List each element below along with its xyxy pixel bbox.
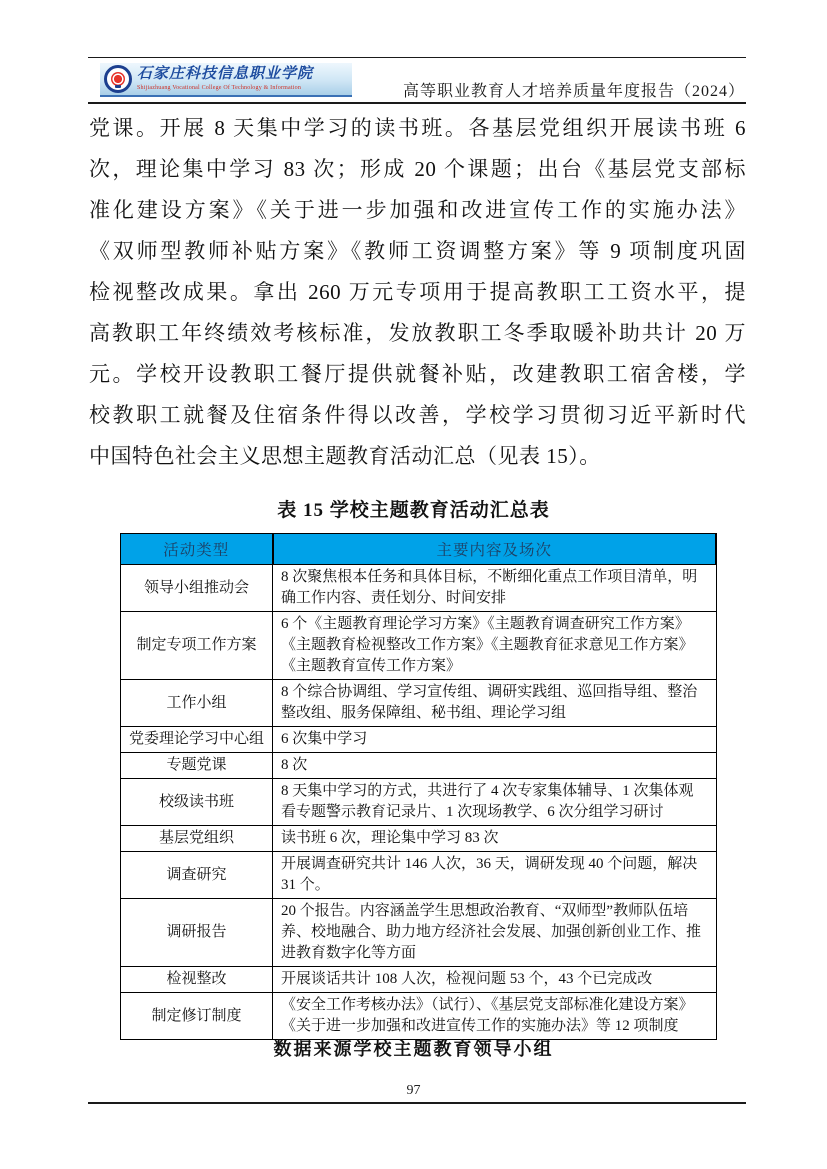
report-title: 高等职业教育人才培养质量年度报告（2024） [403, 78, 745, 101]
activity-content-cell: 8 天集中学习的方式，共进行了 4 次专家集体辅导、1 次集体观看专题警示教育记… [273, 779, 717, 826]
activity-table-wrap: 活动类型 主要内容及场次 领导小组推动会8 次聚焦根本任务和具体目标，不断细化重… [120, 533, 717, 1040]
header-bottom-rule [88, 102, 746, 104]
column-header-activity-type: 活动类型 [121, 534, 273, 565]
activity-type-cell: 基层党组织 [121, 826, 273, 852]
table-row: 专题党课8 次 [121, 753, 717, 779]
activity-type-cell: 党委理论学习中心组 [121, 727, 273, 753]
school-name: 石家庄科技信息职业学院 [137, 67, 313, 82]
activity-type-cell: 制定修订制度 [121, 993, 273, 1040]
school-logo: 石家庄科技信息职业学院 Shijiazhuang Vocational Coll… [100, 63, 352, 97]
activity-content-cell: 开展谈话共计 108 人次，检视问题 53 个，43 个已完成改 [273, 967, 717, 993]
activity-type-cell: 制定专项工作方案 [121, 612, 273, 680]
table-row: 党委理论学习中心组6 次集中学习 [121, 727, 717, 753]
activity-type-cell: 检视整改 [121, 967, 273, 993]
activity-content-cell: 6 次集中学习 [273, 727, 717, 753]
table-row: 领导小组推动会8 次聚焦根本任务和具体目标，不断细化重点工作项目清单，明确工作内… [121, 565, 717, 612]
column-header-main-content: 主要内容及场次 [273, 534, 717, 565]
activity-table: 活动类型 主要内容及场次 领导小组推动会8 次聚焦根本任务和具体目标，不断细化重… [120, 533, 717, 1040]
activity-content-cell: 8 次聚焦根本任务和具体目标，不断细化重点工作项目清单，明确工作内容、责任划分、… [273, 565, 717, 612]
body-paragraph: 党课。开展 8 天集中学习的读书班。各基层党组织开展读书班 6次，理论集中学习 … [89, 108, 746, 477]
activity-content-cell: 读书班 6 次，理论集中学习 83 次 [273, 826, 717, 852]
table-row: 调研报告20 个报告。内容涵盖学生思想政治教育、“双师型”教师队伍培养、校地融合… [121, 899, 717, 967]
activity-content-cell: 开展调查研究共计 146 人次，36 天，调研发现 40 个问题，解决 31 个… [273, 852, 717, 899]
activity-type-cell: 专题党课 [121, 753, 273, 779]
table-header-row: 活动类型 主要内容及场次 [121, 534, 717, 565]
document-page: 石家庄科技信息职业学院 Shijiazhuang Vocational Coll… [0, 0, 827, 1169]
table-row: 制定专项工作方案6 个《主题教育理论学习方案》《主题教育调查研究工作方案》《主题… [121, 612, 717, 680]
activity-content-cell: 8 个综合协调组、学习宣传组、调研实践组、巡回指导组、整治整改组、服务保障组、秘… [273, 680, 717, 727]
activity-type-cell: 调研报告 [121, 899, 273, 967]
footer-rule [88, 1102, 746, 1104]
body-line: 检视整改成果。拿出 260 万元专项用于提高教职工工资水平，提 [89, 272, 746, 313]
header-top-rule [88, 57, 746, 58]
body-line: 中国特色社会主义思想主题教育活动汇总（见表 15）。 [89, 436, 746, 477]
body-line: 党课。开展 8 天集中学习的读书班。各基层党组织开展读书班 6 [89, 108, 746, 149]
school-name-english: Shijiazhuang Vocational College Of Techn… [137, 85, 313, 91]
data-source-note: 数据来源学校主题教育领导小组 [0, 1035, 827, 1061]
activity-type-cell: 调查研究 [121, 852, 273, 899]
body-line: 次，理论集中学习 83 次；形成 20 个课题；出台《基层党支部标 [89, 149, 746, 190]
activity-content-cell: 20 个报告。内容涵盖学生思想政治教育、“双师型”教师队伍培养、校地融合、助力地… [273, 899, 717, 967]
page-number: 97 [0, 1083, 827, 1099]
body-line: 高教职工年终绩效考核标准，发放教职工冬季取暖补助共计 20 万 [89, 313, 746, 354]
table-row: 检视整改开展谈话共计 108 人次，检视问题 53 个，43 个已完成改 [121, 967, 717, 993]
activity-table-body: 领导小组推动会8 次聚焦根本任务和具体目标，不断细化重点工作项目清单，明确工作内… [121, 565, 717, 1040]
activity-content-cell: 8 次 [273, 753, 717, 779]
table-row: 基层党组织读书班 6 次，理论集中学习 83 次 [121, 826, 717, 852]
table-row: 调查研究开展调查研究共计 146 人次，36 天，调研发现 40 个问题，解决 … [121, 852, 717, 899]
table-row: 校级读书班8 天集中学习的方式，共进行了 4 次专家集体辅导、1 次集体观看专题… [121, 779, 717, 826]
body-line: 元。学校开设教职工餐厅提供就餐补贴，改建教职工宿舍楼，学 [89, 354, 746, 395]
activity-type-cell: 校级读书班 [121, 779, 273, 826]
activity-content-cell: 6 个《主题教育理论学习方案》《主题教育调查研究工作方案》《主题教育检视整改工作… [273, 612, 717, 680]
body-line: 校教职工就餐及住宿条件得以改善，学校学习贯彻习近平新时代 [89, 395, 746, 436]
activity-type-cell: 领导小组推动会 [121, 565, 273, 612]
table-row: 工作小组8 个综合协调组、学习宣传组、调研实践组、巡回指导组、整治整改组、服务保… [121, 680, 717, 727]
table-row: 制定修订制度《安全工作考核办法》（试行）、《基层党支部标准化建设方案》《关于进一… [121, 993, 717, 1040]
activity-type-cell: 工作小组 [121, 680, 273, 727]
table-caption: 表 15 学校主题教育活动汇总表 [0, 495, 827, 522]
logo-text-block: 石家庄科技信息职业学院 Shijiazhuang Vocational Coll… [137, 67, 313, 91]
school-seal-icon [104, 65, 132, 93]
body-line: 准化建设方案》《关于进一步加强和改进宣传工作的实施办法》 [89, 190, 746, 231]
body-line: 《双师型教师补贴方案》《教师工资调整方案》等 9 项制度巩固 [89, 231, 746, 272]
activity-content-cell: 《安全工作考核办法》（试行）、《基层党支部标准化建设方案》《关于进一步加强和改进… [273, 993, 717, 1040]
